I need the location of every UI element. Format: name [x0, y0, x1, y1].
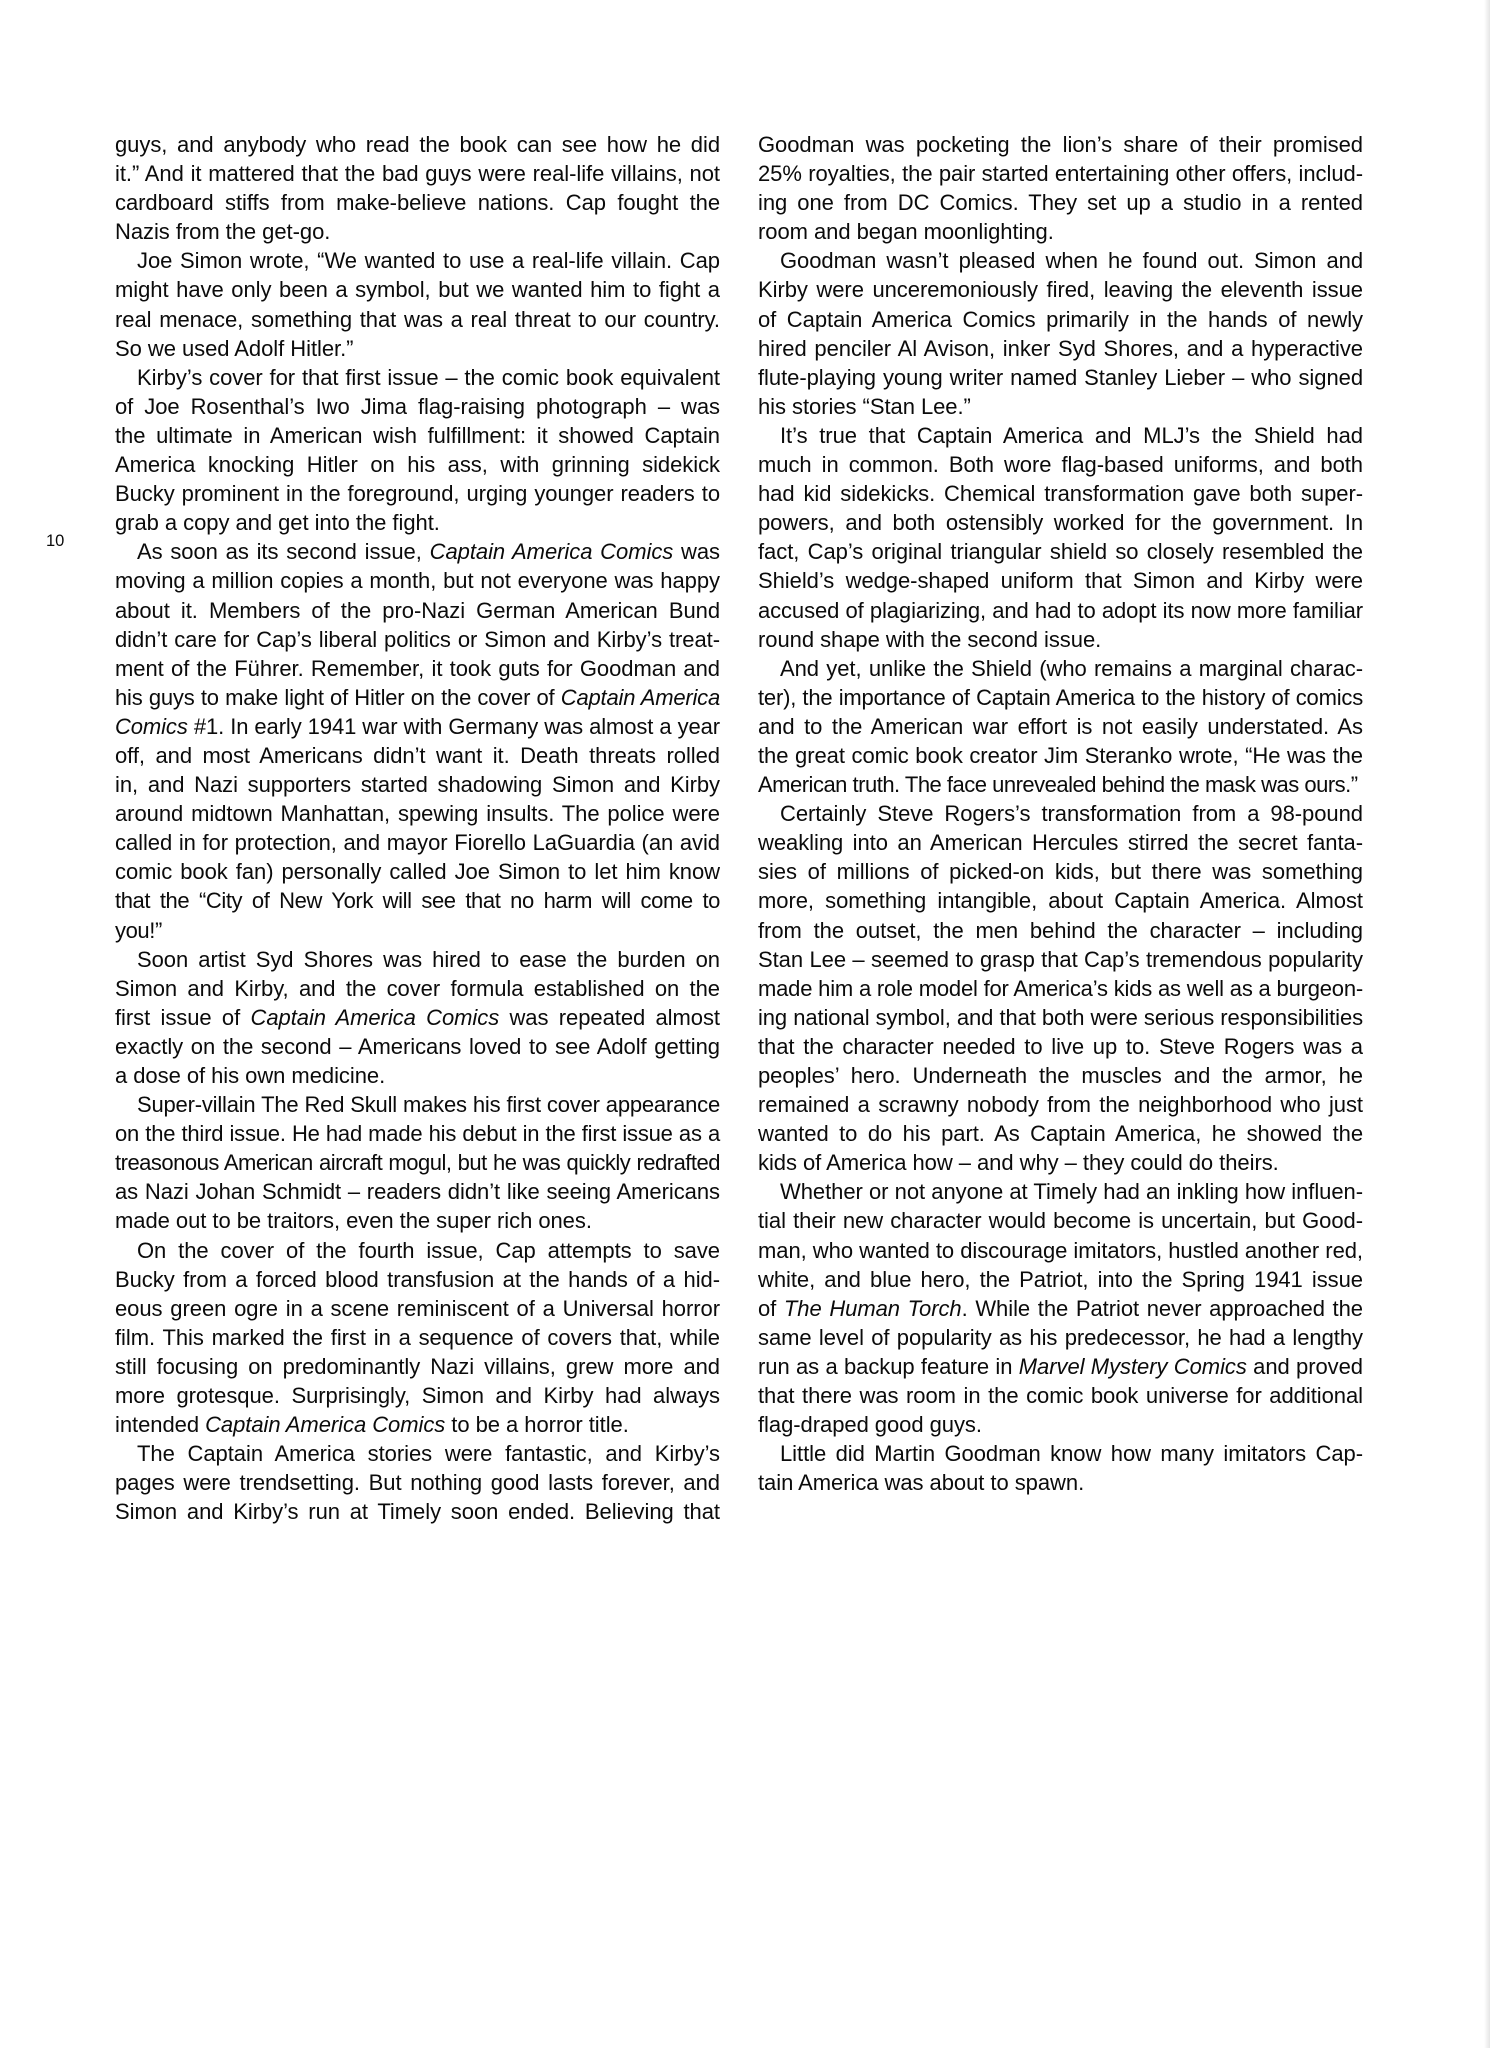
- text-line: comic book fan) personally called Joe Si…: [115, 857, 720, 886]
- text-line: his stories “Stan Lee.”: [758, 392, 1363, 421]
- text-line: The Captain America stories were fantast…: [115, 1439, 720, 1468]
- text-line: flute-playing young writer named Stanley…: [758, 363, 1363, 392]
- text-line: round shape with the second issue.: [758, 625, 1363, 654]
- text-line: made him a role model for America’s kids…: [758, 974, 1363, 1003]
- text-line: Shield’s wedge-shaped uniform that Simon…: [758, 566, 1363, 595]
- text-line: much in common. Both wore flag-based uni…: [758, 450, 1363, 479]
- text-line: peoples’ hero. Underneath the muscles an…: [758, 1061, 1363, 1090]
- text-line: on the third issue. He had made his debu…: [115, 1119, 720, 1148]
- text-line: On the cover of the fourth issue, Cap at…: [115, 1236, 720, 1265]
- text-line: it.” And it mattered that the bad guys w…: [115, 159, 720, 188]
- text-line: Bucky prominent in the foreground, urgin…: [115, 479, 720, 508]
- page-number: 10: [46, 531, 64, 551]
- text-line: more grotesque. Surprisingly, Simon and …: [115, 1381, 720, 1410]
- text-line: exactly on the second – Americans loved …: [115, 1032, 720, 1061]
- text-line: And yet, unlike the Shield (who remains …: [758, 654, 1363, 683]
- text-line: called in for protection, and mayor Fior…: [115, 828, 720, 857]
- text-line: off, and most Americans didn’t want it. …: [115, 741, 720, 770]
- text-line: that there was room in the comic book un…: [758, 1381, 1363, 1410]
- text-line: weakling into an American Hercules stirr…: [758, 828, 1363, 857]
- text-line: grab a copy and get into the fight.: [115, 508, 720, 537]
- text-line: fact, Cap’s original triangular shield s…: [758, 537, 1363, 566]
- text-line: It’s true that Captain America and MLJ’s…: [758, 421, 1363, 450]
- text-line: man, who wanted to discourage imitators,…: [758, 1236, 1363, 1265]
- text-line: still focusing on predominantly Nazi vil…: [115, 1352, 720, 1381]
- text-line: flag-draped good guys.: [758, 1410, 1363, 1439]
- text-line: Kirby’s cover for that first issue – the…: [115, 363, 720, 392]
- text-line: wanted to do his part. As Captain Americ…: [758, 1119, 1363, 1148]
- text-line: Whether or not anyone at Timely had an i…: [758, 1177, 1363, 1206]
- text-line: ing one from DC Comics. They set up a st…: [758, 188, 1363, 217]
- text-line: had kid sidekicks. Chemical transformati…: [758, 479, 1363, 508]
- text-line: eous green ogre in a scene reminiscent o…: [115, 1294, 720, 1323]
- text-line: Simon and Kirby, and the cover formula e…: [115, 974, 720, 1003]
- text-line: As soon as its second issue, Captain Ame…: [115, 537, 720, 566]
- text-line: American truth. The face unrevealed behi…: [758, 770, 1363, 799]
- text-line: that the “City of New York will see that…: [115, 886, 720, 944]
- text-line: Goodman was pocketing the lion’s share o…: [758, 130, 1363, 159]
- text-line: treasonous American aircraft mogul, but …: [115, 1148, 720, 1177]
- text-line: Nazis from the get-go.: [115, 217, 720, 246]
- text-column-left: guys, and anybody who read the book can …: [115, 130, 720, 1527]
- text-line: remained a scrawny nobody from the neigh…: [758, 1090, 1363, 1119]
- text-line: his guys to make light of Hitler on the …: [115, 683, 720, 712]
- text-line: Kirby were unceremoniously fired, leavin…: [758, 275, 1363, 304]
- text-line: Soon artist Syd Shores was hired to ease…: [115, 945, 720, 974]
- text-line: intended Captain America Comics to be a …: [115, 1410, 720, 1439]
- text-line: about it. Members of the pro-Nazi German…: [115, 596, 720, 625]
- text-line: pages were trendsetting. But nothing goo…: [115, 1468, 720, 1497]
- text-line: real menace, something that was a real t…: [115, 305, 720, 334]
- text-line: ment of the Führer. Remember, it took gu…: [115, 654, 720, 683]
- text-line: a dose of his own medicine.: [115, 1061, 720, 1090]
- text-line: white, and blue hero, the Patriot, into …: [758, 1265, 1363, 1294]
- text-line: might have only been a symbol, but we wa…: [115, 275, 720, 304]
- text-line: tial their new character would become is…: [758, 1206, 1363, 1235]
- text-line: of The Human Torch. While the Patriot ne…: [758, 1294, 1363, 1323]
- text-line: kids of America how – and why – they cou…: [758, 1148, 1363, 1177]
- text-line: the ultimate in American wish fulfillmen…: [115, 421, 720, 450]
- text-line: as Nazi Johan Schmidt – readers didn’t l…: [115, 1177, 720, 1206]
- text-line: Little did Martin Goodman know how many …: [758, 1439, 1363, 1468]
- text-line: Stan Lee – seemed to grasp that Cap’s tr…: [758, 945, 1363, 974]
- text-line: cardboard stiffs from make-believe natio…: [115, 188, 720, 217]
- text-line: ter), the importance of Captain America …: [758, 683, 1363, 712]
- text-line: sies of millions of picked-on kids, but …: [758, 857, 1363, 886]
- text-line: moving a million copies a month, but not…: [115, 566, 720, 595]
- text-line: Comics #1. In early 1941 war with German…: [115, 712, 720, 741]
- text-line: around midtown Manhattan, spewing insult…: [115, 799, 720, 828]
- text-line: ing national symbol, and that both were …: [758, 1003, 1363, 1032]
- text-line: the great comic book creator Jim Sterank…: [758, 741, 1363, 770]
- text-line: same level of popularity as his predeces…: [758, 1323, 1363, 1352]
- text-line: Goodman wasn’t pleased when he found out…: [758, 246, 1363, 275]
- text-line: America knocking Hitler on his ass, with…: [115, 450, 720, 479]
- text-line: of Captain America Comics primarily in t…: [758, 305, 1363, 334]
- book-page: 10 guys, and anybody who read the book c…: [0, 0, 1490, 2048]
- text-line: guys, and anybody who read the book can …: [115, 130, 720, 159]
- text-column-right: Goodman was pocketing the lion’s share o…: [758, 130, 1363, 1497]
- text-line: from the outset, the men behind the char…: [758, 916, 1363, 945]
- text-line: room and began moonlighting.: [758, 217, 1363, 246]
- text-line: and to the American war effort is not ea…: [758, 712, 1363, 741]
- text-line: tain America was about to spawn.: [758, 1468, 1363, 1497]
- text-line: made out to be traitors, even the super …: [115, 1206, 720, 1235]
- text-line: of Joe Rosenthal’s Iwo Jima flag-raising…: [115, 392, 720, 421]
- text-line: Simon and Kirby’s run at Timely soon end…: [115, 1497, 720, 1526]
- text-line: run as a backup feature in Marvel Myster…: [758, 1352, 1363, 1381]
- text-line: So we used Adolf Hitler.”: [115, 334, 720, 363]
- text-line: first issue of Captain America Comics wa…: [115, 1003, 720, 1032]
- text-line: in, and Nazi supporters started shadowin…: [115, 770, 720, 799]
- text-line: Joe Simon wrote, “We wanted to use a rea…: [115, 246, 720, 275]
- text-line: accused of plagiarizing, and had to adop…: [758, 596, 1363, 625]
- text-line: more, something intangible, about Captai…: [758, 886, 1363, 915]
- page-edge-shadow: [1484, 0, 1490, 2048]
- text-line: 25% royalties, the pair started entertai…: [758, 159, 1363, 188]
- text-line: Certainly Steve Rogers’s transformation …: [758, 799, 1363, 828]
- text-line: didn’t care for Cap’s liberal politics o…: [115, 625, 720, 654]
- text-line: that the character needed to live up to.…: [758, 1032, 1363, 1061]
- text-line: hired penciler Al Avison, inker Syd Shor…: [758, 334, 1363, 363]
- text-line: film. This marked the first in a sequenc…: [115, 1323, 720, 1352]
- text-line: powers, and both ostensibly worked for t…: [758, 508, 1363, 537]
- text-line: Bucky from a forced blood transfusion at…: [115, 1265, 720, 1294]
- text-line: Super-villain The Red Skull makes his fi…: [115, 1090, 720, 1119]
